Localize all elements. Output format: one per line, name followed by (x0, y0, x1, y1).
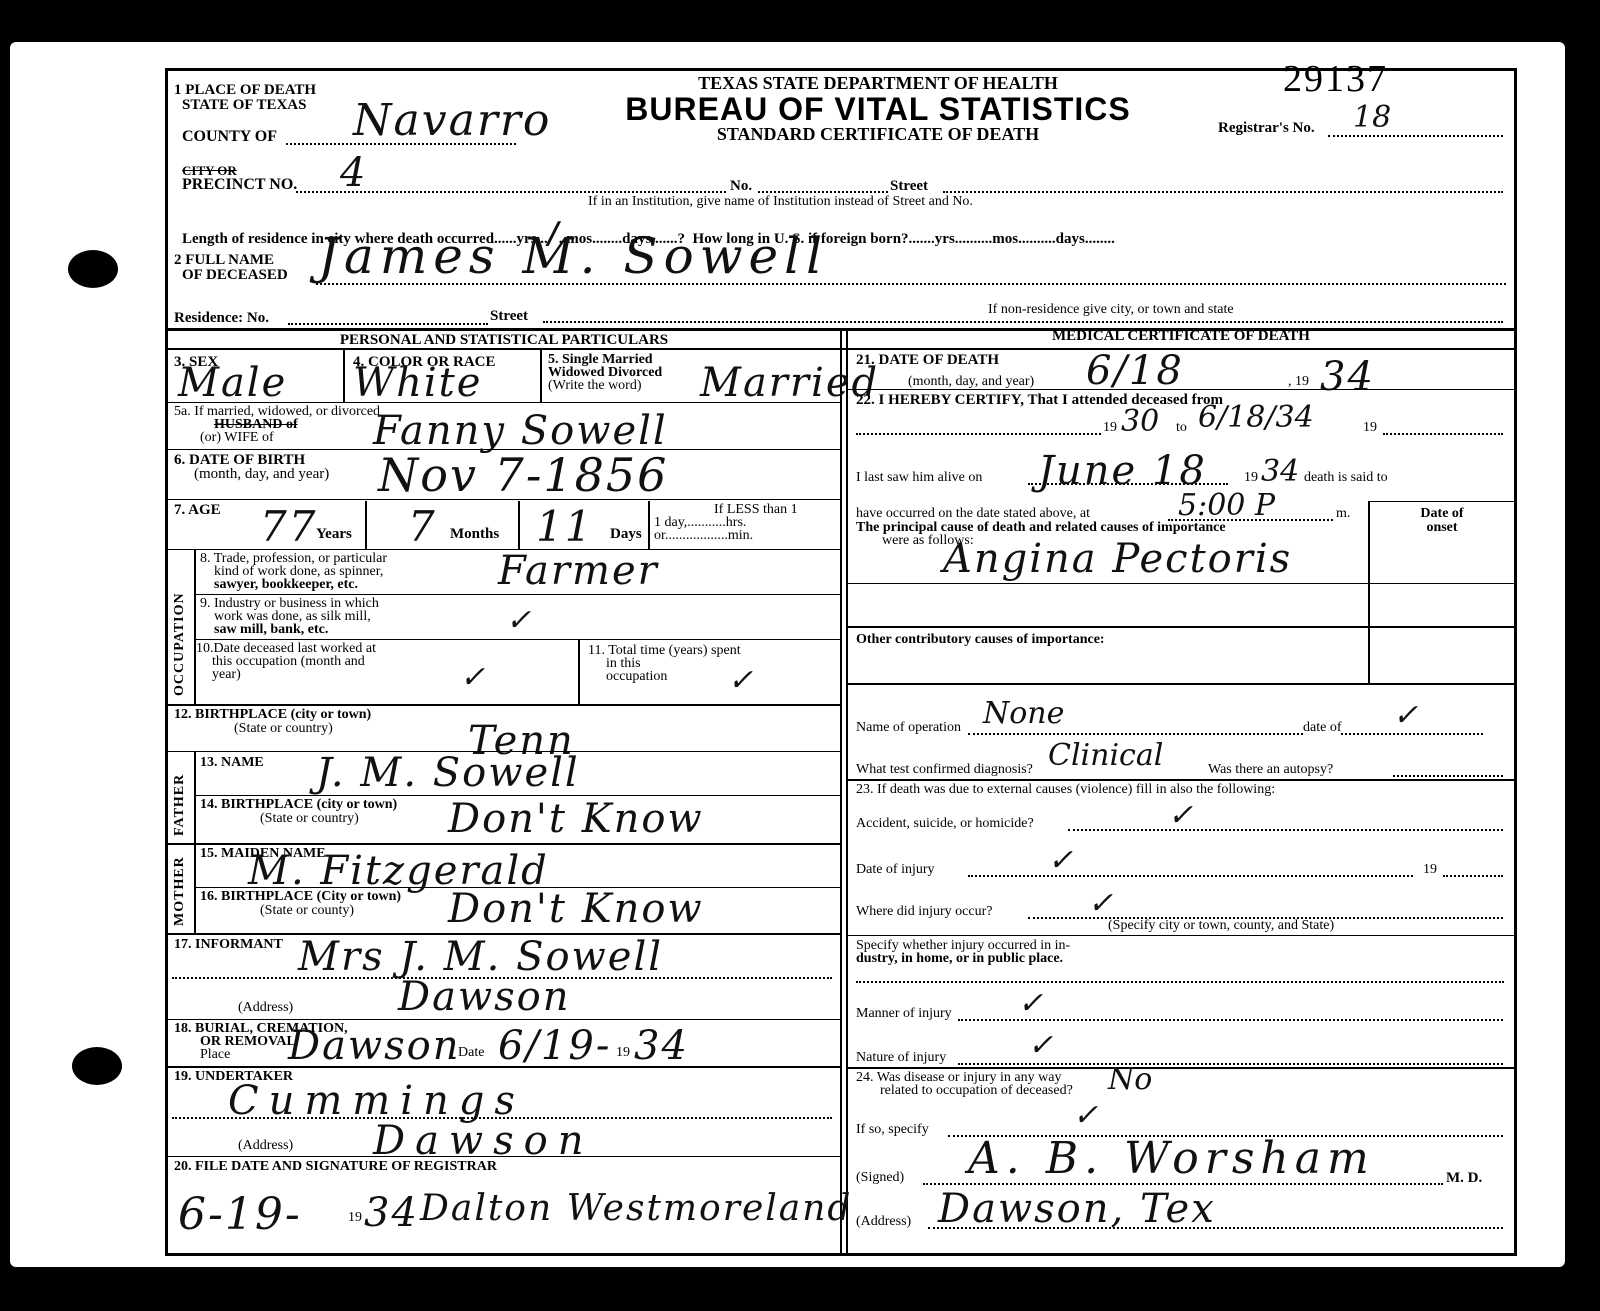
occupation-related-label: 24. Was disease or injury in any way rel… (856, 1071, 1073, 1097)
last-worked-label: 10.Date deceased last worked at this occ… (196, 642, 376, 681)
row6-bottom-line (168, 499, 840, 500)
nature-dotted-line (958, 1063, 1503, 1065)
row18-bottom-line (168, 1066, 840, 1068)
date-of-death-label: 21. DATE OF DEATH (856, 353, 999, 368)
test-value: Clinical (1048, 741, 1163, 771)
age-label: 7. AGE (174, 503, 221, 518)
row19-bottom-line (168, 1156, 840, 1157)
father-birthplace-label: 14. BIRTHPLACE (city or town) (State or … (200, 798, 397, 826)
time-value: 5:00 P (1178, 491, 1275, 521)
age-months-value: 7 (408, 507, 437, 547)
other-causes-label: Other contributory causes of importance: (856, 633, 1105, 647)
principal-cause-value: Angina Pectoris (943, 539, 1292, 579)
father-name-value: J. M. Sowell (316, 753, 580, 793)
nature-label: Nature of injury (856, 1051, 946, 1065)
no-dotted-line (758, 191, 888, 193)
external-label: 23. If death was due to external causes … (856, 783, 1275, 797)
full-name-label: 2 FULL NAME OF DECEASED (174, 253, 288, 283)
spouse-value: Fanny Sowell (373, 411, 668, 451)
date-of-death-year-prefix: , 19 (1288, 375, 1309, 389)
row8-bottom-line (194, 594, 840, 595)
row23-bottom-line (848, 1067, 1514, 1069)
operation-date-label: date of (1303, 721, 1341, 735)
row9-bottom-line (194, 639, 840, 640)
attended-to-label: to (1176, 421, 1187, 435)
personal-section-title: PERSONAL AND STATISTICAL PARTICULARS (168, 333, 840, 348)
autopsy-label: Was there an autopsy? (1208, 763, 1333, 777)
mother-maiden-value: M. Fitzgerald (248, 851, 549, 891)
test-label: What test confirmed diagnosis? (856, 763, 1033, 777)
injury-where-value: ✓ (1088, 889, 1113, 919)
nonresidence-note: If non-residence give city, or town and … (988, 303, 1234, 317)
sex-value: Male (178, 363, 287, 403)
form-header: TEXAS STATE DEPARTMENT OF HEALTH BUREAU … (528, 73, 1228, 145)
death-certificate-form: 1 PLACE OF DEATH STATE OF TEXAS COUNTY O… (165, 68, 1517, 1256)
street-label: Street (890, 179, 928, 194)
injury-year-prefix: 19 (1423, 863, 1437, 877)
file-date-label: 20. FILE DATE AND SIGNATURE OF REGISTRAR (174, 1159, 497, 1174)
row21-bottom-line (848, 389, 1514, 390)
row22-bottom-line (848, 779, 1514, 781)
injury-where-label: Where did injury occur? (856, 905, 992, 919)
manner-value: ✓ (1018, 989, 1043, 1019)
county-value: Navarro (353, 101, 551, 141)
residence-label: Residence: No. (174, 311, 269, 326)
occupation-vertical-label: OCCUPATION (172, 592, 188, 696)
age-years-value: 77 (260, 507, 317, 547)
certificate-title: STANDARD CERTIFICATE OF DEATH (528, 124, 1228, 145)
occurred-label: have occurred on the date stated above, … (856, 507, 1090, 521)
street-no-label: No. (730, 179, 752, 194)
accident-label: Accident, suicide, or homicide? (856, 817, 1034, 831)
burial-year-value: 34 (634, 1026, 689, 1066)
last-saw-label: I last saw him alive on (856, 471, 982, 485)
attended-to-dotted-line (1383, 433, 1503, 435)
institution-note: If in an Institution, give name of Insti… (588, 195, 973, 209)
attended-to-value: 6/18/34 (1198, 403, 1314, 433)
last-saw-year-value: 34 (1261, 457, 1299, 487)
father-vertical-label: FATHER (172, 774, 188, 836)
injury-specify-dotted-line (856, 981, 1504, 983)
attended-from-value: 30 (1121, 407, 1159, 437)
injury-date-value: ✓ (1048, 846, 1073, 876)
injury-where-note: (Specify city or town, county, and State… (1108, 919, 1334, 933)
m-label: m. (1336, 507, 1350, 521)
residence-street-dotted-line (543, 321, 1503, 323)
injury-date-dotted-line (968, 875, 1413, 877)
operation-value: None (983, 699, 1064, 729)
death-said-label: death is said to (1304, 471, 1388, 485)
last-saw-value: June 18 (1038, 451, 1207, 491)
injury-specify-label: Specify whether injury occurred in in- d… (856, 939, 1070, 965)
onset-box-top (1368, 501, 1514, 502)
operation-label: Name of operation (856, 721, 961, 735)
date-of-death-value: 6/18 (1086, 351, 1184, 391)
center-divider-left (840, 331, 842, 1256)
mother-vertical-label: MOTHER (172, 856, 188, 926)
county-label: COUNTY OF (182, 129, 277, 144)
other-causes-bottom-line (848, 683, 1514, 685)
street-dotted-line (943, 191, 1503, 193)
mother-birthplace-label: 16. BIRTHPLACE (City or town) (State or … (200, 890, 401, 918)
informant-address-value: Dawson (398, 977, 571, 1017)
cause-line-1 (848, 583, 1514, 584)
accident-dotted-line (1068, 829, 1503, 831)
registrar-no-label: Registrar's No. (1218, 121, 1315, 136)
injury-where-bottom-line (848, 935, 1514, 936)
registrar-signature: Dalton Westmoreland (420, 1189, 852, 1229)
dob-label: 6. DATE OF BIRTH (month, day, and year) (174, 453, 329, 481)
undertaker-address-label: (Address) (238, 1139, 293, 1153)
signed-label: (Signed) (856, 1171, 904, 1185)
place-of-death-label: 1 PLACE OF DEATH STATE OF TEXAS (174, 83, 316, 113)
age-years-label: Years (316, 527, 352, 542)
manner-label: Manner of injury (856, 1007, 952, 1021)
color-value: White (353, 363, 482, 403)
dob-value: Nov 7-1856 (378, 455, 668, 495)
if-so-value: ✓ (1073, 1101, 1098, 1131)
age-days-label: Days (610, 527, 642, 542)
injury-year-dotted-line (1443, 875, 1503, 877)
trade-value: Farmer (498, 551, 659, 591)
physician-address-label: (Address) (856, 1215, 911, 1229)
signed-value: A. B. Worsham (968, 1139, 1375, 1179)
age-months-label: Months (450, 527, 499, 542)
undertaker-value: Cummings (228, 1081, 525, 1121)
informant-address-label: (Address) (238, 1001, 293, 1015)
age-days-value: 11 (536, 507, 593, 547)
trade-label: 8. Trade, profession, or particular kind… (200, 552, 387, 591)
burial-place-value: Dawson (288, 1026, 461, 1066)
age-divider-2 (518, 501, 520, 549)
attended-from-prefix: 19 (1103, 421, 1117, 435)
occupation-related-value: No (1108, 1065, 1152, 1095)
last-saw-year-prefix: 19 (1244, 471, 1258, 485)
registrar-no-dotted-line (1328, 135, 1503, 137)
residence-street-label: Street (490, 309, 528, 324)
spouse-label: 5a. If married, widowed, or divorced HUS… (174, 405, 380, 444)
informant-label: 17. INFORMANT (174, 937, 283, 952)
burial-year-prefix: 19 (616, 1046, 630, 1060)
industry-value: ✓ (506, 606, 531, 636)
row17-bottom-line (168, 1019, 840, 1020)
row10-divider (578, 639, 580, 704)
nature-value: ✓ (1028, 1031, 1053, 1061)
injury-date-label: Date of injury (856, 863, 935, 877)
file-date-value: 6-19- (178, 1195, 302, 1235)
certificate-number: 29137 (1283, 57, 1388, 101)
medical-section-title: MEDICAL CERTIFICATE OF DEATH (848, 329, 1514, 344)
age-divider-1 (365, 501, 367, 549)
attended-to-year-prefix: 19 (1363, 421, 1377, 435)
operation-dotted-line (968, 733, 1483, 735)
punch-hole-bottom (72, 1047, 122, 1085)
file-year-value: 34 (364, 1193, 419, 1233)
date-of-death-sublabel: (month, day, and year) (908, 375, 1034, 389)
file-year-prefix: 19 (348, 1211, 362, 1225)
burial-date-label: Date (458, 1046, 484, 1060)
residence-no-dotted-line (288, 323, 488, 325)
accident-value: ✓ (1168, 801, 1193, 831)
father-bracket (194, 751, 196, 843)
md-label: M. D. (1446, 1171, 1482, 1186)
if-so-label: If so, specify (856, 1123, 929, 1137)
father-name-label: 13. NAME (200, 755, 264, 770)
row14-bottom-line (168, 843, 840, 845)
date-onset-label: Date of onset (1370, 507, 1514, 535)
total-time-label: 11. Total time (years) spent in this occ… (588, 644, 741, 683)
precinct-value: 4 (340, 153, 367, 193)
birthplace-label: 12. BIRTHPLACE (city or town) (State or … (174, 708, 371, 736)
certify-label: 22. I HEREBY CERTIFY, That I attended de… (856, 393, 1223, 408)
last-worked-value: ✓ (460, 663, 485, 693)
age-less-label: If LESS than 1 1 day,...........hrs. or.… (654, 503, 798, 542)
deceased-name-value: James M. Sowell (318, 236, 828, 276)
row3-bottom-line (168, 402, 840, 403)
undertaker-address-value: Dawson (373, 1121, 594, 1161)
row10-bottom-line (168, 704, 840, 706)
mother-bracket (194, 843, 196, 933)
row3-divider-1 (343, 350, 345, 402)
precinct-label: PRECINCT NO. (182, 177, 297, 192)
total-time-value: ✓ (728, 666, 753, 696)
marital-value: Married (700, 363, 879, 403)
informant-value: Mrs J. M. Sowell (298, 937, 663, 977)
center-divider-right (846, 331, 848, 1256)
marital-label: 5. Single Married Widowed Divorced (Writ… (548, 353, 662, 392)
autopsy-dotted-line (1393, 775, 1503, 777)
registrar-no-value: 18 (1353, 103, 1391, 133)
cause-line-2 (848, 626, 1514, 628)
age-divider-3 (648, 501, 650, 549)
burial-date-value: 6/19- (498, 1026, 611, 1066)
industry-label: 9. Industry or business in which work wa… (200, 597, 379, 636)
attended-from-dotted-line (856, 433, 1101, 435)
punch-hole-top (68, 250, 118, 288)
mother-birthplace-value: Don't Know (448, 889, 704, 929)
row3-divider-2 (540, 350, 542, 402)
physician-address-value: Dawson, Tex (938, 1189, 1216, 1229)
father-birthplace-value: Don't Know (448, 799, 704, 839)
operation-date-value: ✓ (1393, 701, 1418, 731)
bureau-title: BUREAU OF VITAL STATISTICS (528, 94, 1228, 124)
date-of-death-year-value: 34 (1320, 357, 1375, 397)
